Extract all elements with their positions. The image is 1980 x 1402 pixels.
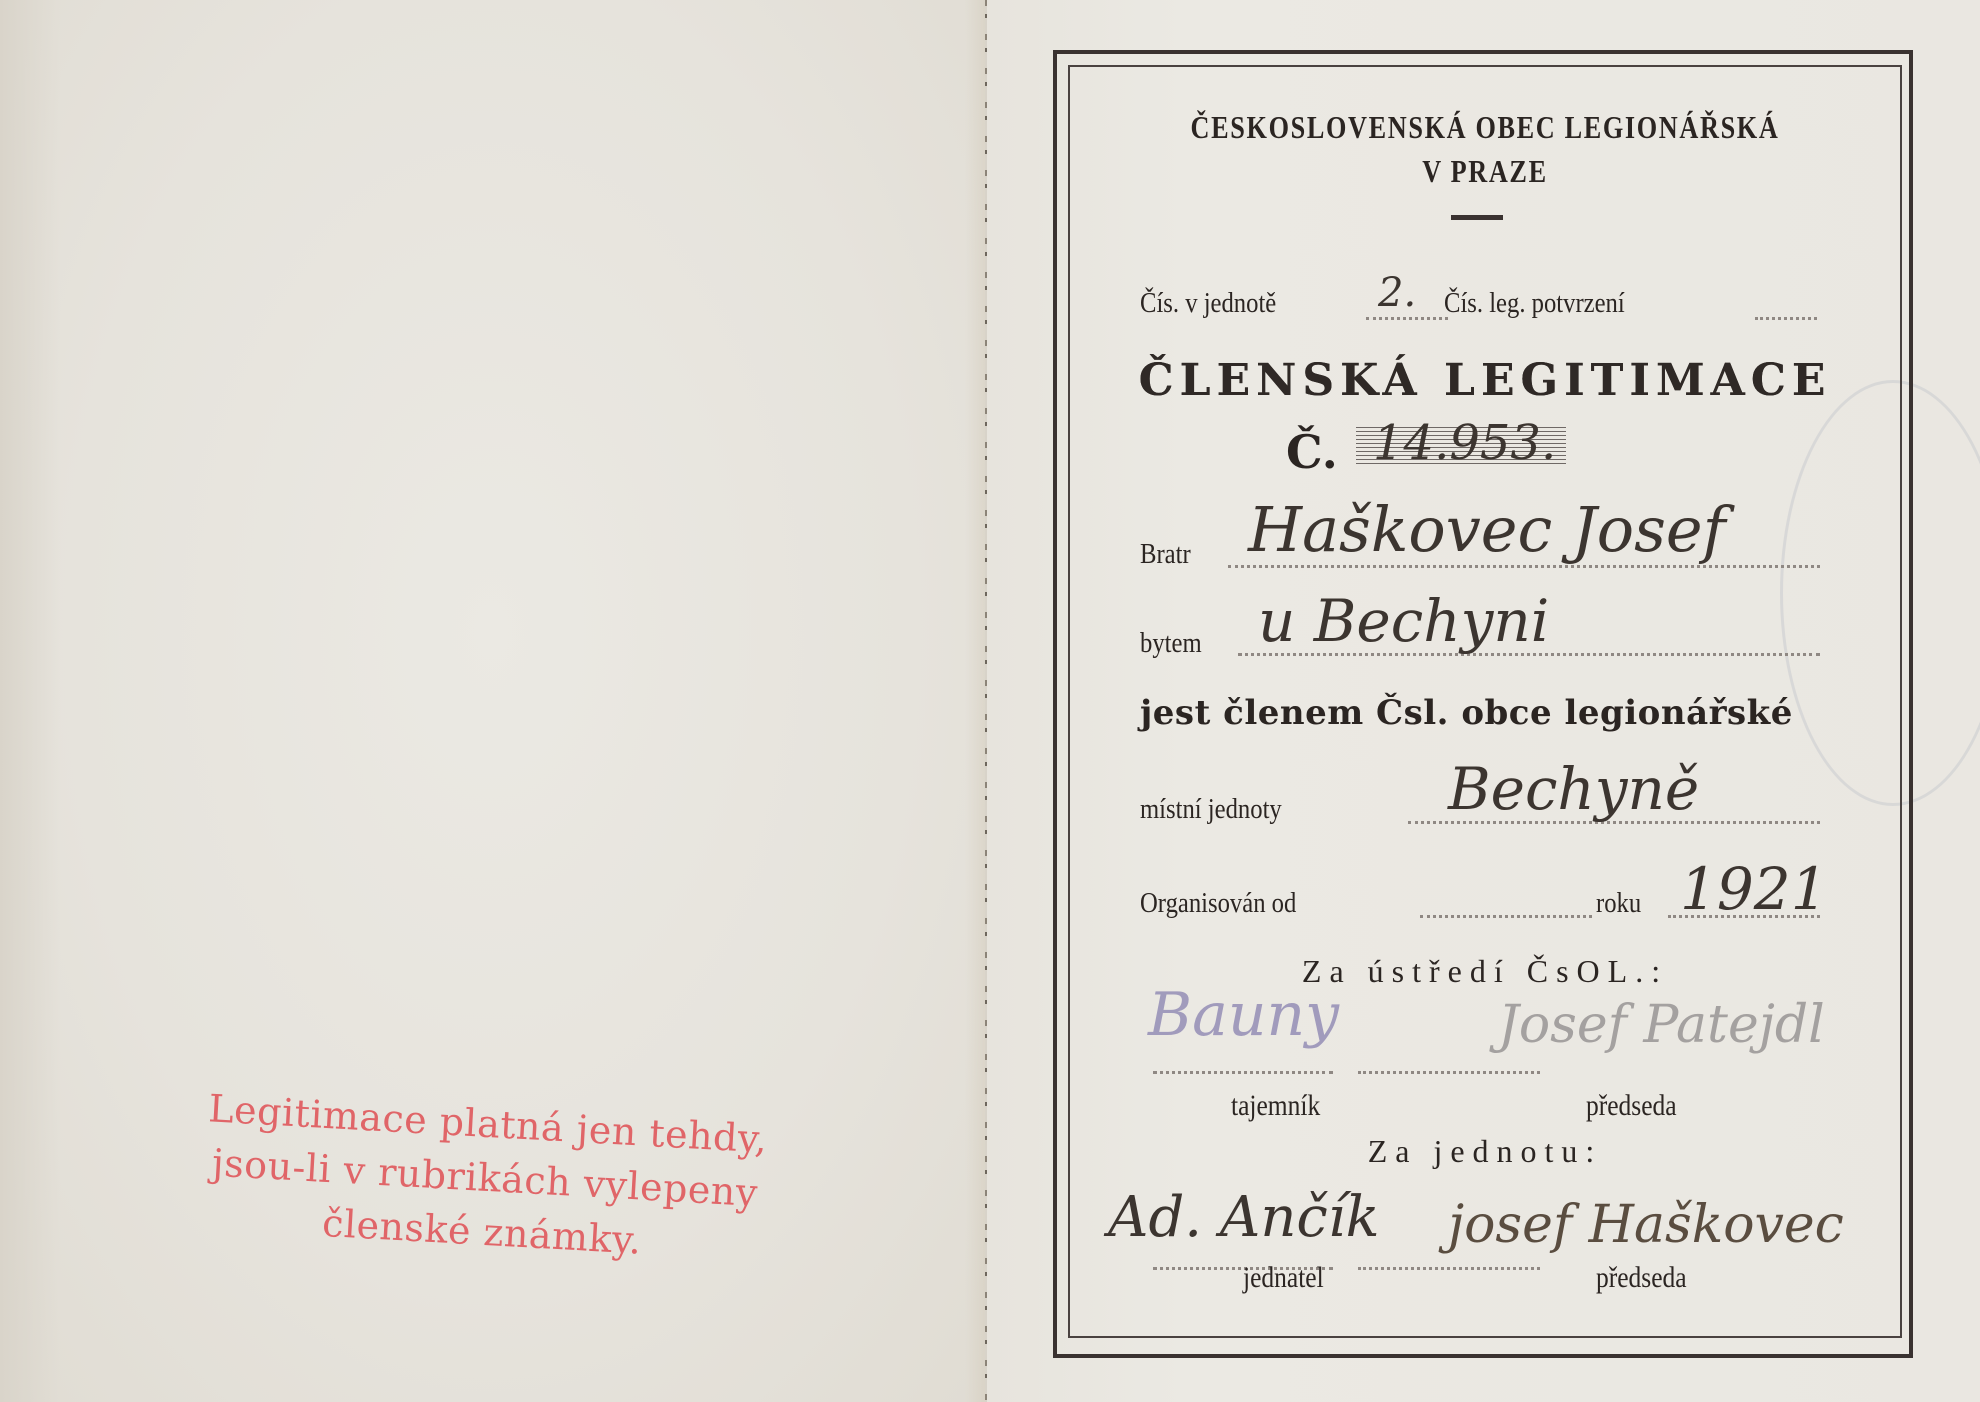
organized-dots: [1420, 915, 1592, 918]
local-unit-label: místní jednoty: [1140, 793, 1282, 826]
brother-label: Bratr: [1140, 538, 1191, 571]
central-chairman-label: předseda: [1586, 1089, 1677, 1123]
unit-number-dots: [1366, 317, 1448, 320]
residence-label: bytem: [1140, 627, 1202, 660]
fold-shadow: [965, 0, 985, 1402]
central-secretary-signature: Bauny: [1148, 980, 1339, 1050]
residence-value: u Bechyni: [1258, 587, 1549, 655]
unit-chairman-label: předseda: [1596, 1261, 1687, 1295]
unit-agent-signature: Ad. Ančík: [1108, 1185, 1380, 1250]
brother-value: Haškovec Josef: [1248, 493, 1726, 566]
year-value: 1921: [1680, 855, 1828, 923]
organization-city: V PRAZE: [1143, 153, 1827, 190]
unit-heading: Za jednotu:: [1068, 1133, 1902, 1170]
central-chairman-dots: [1358, 1071, 1540, 1074]
leg-confirmation-label: Čís. leg. potvrzení: [1444, 287, 1625, 320]
organization-name: ČESKOSLOVENSKÁ OBEC LEGIONÁŘSKÁ: [1143, 109, 1827, 146]
unit-agent-label: jednatel: [1243, 1261, 1324, 1295]
year-label: roku: [1596, 887, 1641, 920]
leg-confirmation-dots: [1755, 317, 1817, 320]
unit-chairman-signature: josef Haškovec: [1448, 1195, 1844, 1255]
unit-number-label: Čís. v jednotě: [1140, 287, 1276, 320]
document-title: ČLENSKÁ LEGITIMACE: [1068, 355, 1902, 406]
central-secretary-label: tajemník: [1231, 1089, 1320, 1123]
unit-number-value: 2.: [1378, 270, 1416, 316]
organized-label: Organisován od: [1140, 887, 1296, 920]
central-secretary-dots: [1153, 1071, 1333, 1074]
central-chairman-signature: Josef Patejdl: [1498, 995, 1825, 1055]
local-unit-value: Bechyně: [1448, 755, 1699, 823]
title-divider: [1451, 215, 1503, 220]
membership-statement: jest členem Čsl. obce legionářské: [1140, 693, 1793, 733]
membership-card: ČESKOSLOVENSKÁ OBEC LEGIONÁŘSKÁ V PRAZE …: [1068, 65, 1902, 1338]
number-prefix: Č.: [1286, 425, 1338, 479]
unit-chairman-dots: [1358, 1267, 1540, 1270]
number-value: 14.953.: [1373, 415, 1556, 471]
